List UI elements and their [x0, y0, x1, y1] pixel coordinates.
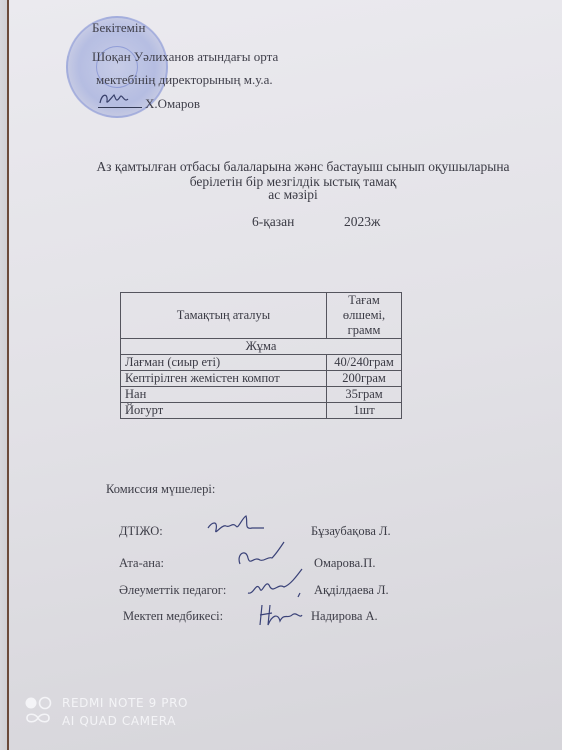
- day-row: Жұма: [121, 339, 402, 355]
- camera-logo-icon: [24, 696, 54, 726]
- date-day: 6-қазан: [252, 214, 294, 230]
- food-portion: 200грам: [327, 371, 402, 387]
- approval-line-2: мектебінің директорының м.у.а.: [96, 72, 273, 88]
- signature-scribble-icon: [204, 512, 266, 542]
- food-name: Лағман (сиыр еті): [121, 355, 327, 371]
- commission-member-name: Надирова А.: [311, 609, 378, 624]
- date-year: 2023ж: [344, 214, 380, 230]
- food-name: Кептірілген жемістен компот: [121, 371, 327, 387]
- commission-role: ДТІЖО:: [119, 524, 163, 539]
- food-name: Нан: [121, 387, 327, 403]
- commission-member-name: Омарова.П.: [314, 556, 375, 571]
- table-header-row: Тамақтың аталуы Тағам өлшемі, грамм: [121, 293, 402, 339]
- table-row: Йогурт 1шт: [121, 403, 402, 419]
- commission-role: Ата-ана:: [119, 556, 164, 571]
- day-label: Жұма: [121, 339, 402, 355]
- watermark-line-2: AI QUAD CAMERA: [62, 714, 176, 728]
- director-signature: [98, 93, 142, 108]
- menu-table: Тамақтың аталуы Тағам өлшемі, грамм Жұма…: [120, 292, 402, 419]
- commission-member-name: Бұзаубақова Л.: [311, 524, 391, 539]
- approval-line-1: Шоқан Уәлиханов атындағы орта: [92, 49, 278, 65]
- approval-signatory: Х.Омаров: [145, 96, 200, 112]
- commission-role: Әлеуметтік педагог:: [119, 583, 226, 598]
- commission-role: Мектеп медбикесі:: [123, 609, 223, 624]
- document-title-line-1: Аз қамтылған отбасы балаларына жәнс баст…: [22, 159, 562, 175]
- watermark-line-1: REDMI NOTE 9 PRO: [62, 696, 188, 710]
- signature-scribble-icon: [98, 89, 142, 107]
- table-row: Лағман (сиыр еті) 40/240грам: [121, 355, 402, 371]
- table-row: Кептірілген жемістен компот 200грам: [121, 371, 402, 387]
- food-portion: 35грам: [327, 387, 402, 403]
- page-edge-line: [7, 0, 9, 750]
- food-portion: 40/240грам: [327, 355, 402, 371]
- column-header-portion: Тағам өлшемі, грамм: [327, 293, 402, 339]
- document-title-line-3: ас мәзірі: [12, 187, 562, 203]
- food-name: Йогурт: [121, 403, 327, 419]
- signature-scribble-icon: [256, 601, 306, 629]
- column-header-food-name: Тамақтың аталуы: [121, 293, 327, 339]
- signature-scribble-icon: [244, 567, 308, 601]
- food-portion: 1шт: [327, 403, 402, 419]
- approval-heading: Бекітемін: [92, 20, 145, 36]
- commission-member-name: Ақділдаева Л.: [314, 583, 389, 598]
- table-row: Нан 35грам: [121, 387, 402, 403]
- commission-heading: Комиссия мүшелері:: [106, 482, 215, 497]
